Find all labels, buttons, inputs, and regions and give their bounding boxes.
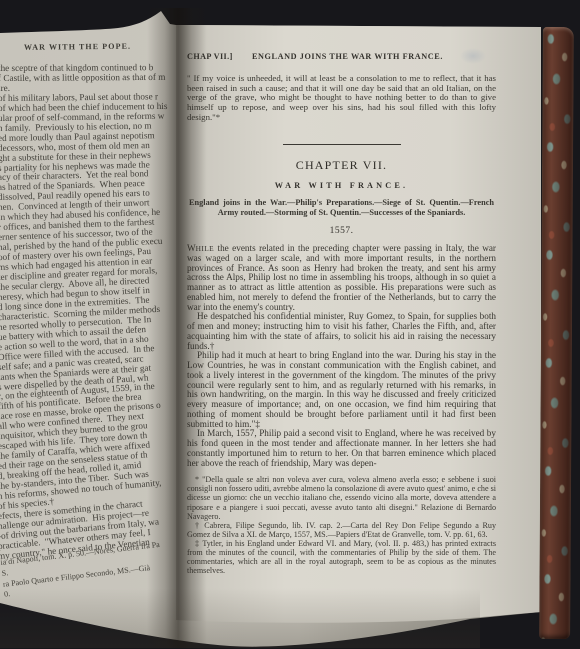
marbled-cover-edge (539, 27, 574, 639)
body-paragraph: WHILE the events related in the precedin… (187, 244, 496, 312)
right-page-body: WHILE the events related in the precedin… (187, 244, 496, 468)
right-running-head: ENGLAND JOINS THE WAR WITH FRANCE. (233, 52, 462, 61)
chapter-subheading: WAR WITH FRANCE. (187, 181, 496, 190)
right-running-head-row: CHAP VII.] ENGLAND JOINS THE WAR WITH FR… (187, 52, 496, 61)
photo-of-open-book: WAR WITH THE POPE. the sceptre of that k… (0, 0, 580, 649)
body-paragraph: Philip had it much at heart to bring Eng… (187, 351, 496, 429)
right-page: CHAP VII.] ENGLAND JOINS THE WAR WITH FR… (187, 52, 496, 575)
page-bottom-shade (0, 588, 480, 648)
footnote: * "Della quale se altri non voleva aver … (187, 475, 496, 520)
footnote: † Cabrera, Filipe Segundo, lib. IV. cap.… (187, 521, 496, 539)
chapter-synopsis: England joins in the War.—Philip's Prepa… (187, 198, 496, 217)
epigraph-quote: " If my voice is unheeded, it will at le… (187, 74, 496, 123)
right-page-footnotes: * "Della quale se altri non voleva aver … (187, 475, 496, 575)
body-paragraph: In March, 1557, Philip paid a second vis… (187, 429, 496, 468)
ink-showthrough-smudge (460, 48, 486, 64)
date-heading: 1557. (187, 226, 496, 236)
book-gutter-shadow (147, 8, 207, 648)
footnote: ‡ Tytler, in his England under Edward VI… (187, 539, 496, 575)
body-paragraph: He despatched his confidential minister,… (187, 312, 496, 351)
chapter-heading: CHAPTER VII. (187, 158, 496, 173)
section-rule (283, 144, 401, 146)
